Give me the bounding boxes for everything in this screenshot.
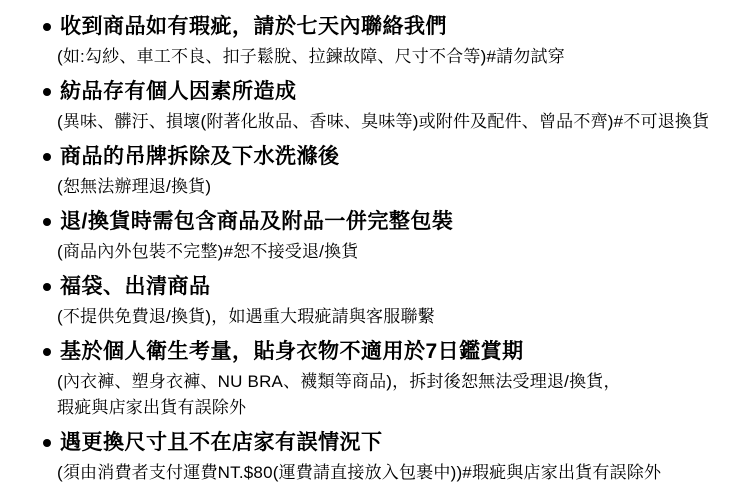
bullet-icon xyxy=(43,153,51,161)
policy-item-text: 商品的吊牌拆除及下水洗滌後 (恕無法辦理退/換貨) xyxy=(60,142,744,200)
policy-item-detail: 瑕疵與店家出貨有誤除外 xyxy=(57,395,744,421)
policy-item-text: 基於個人衛生考量，貼身衣物不適用於7日鑑賞期 (內衣褲、塑身衣褲、NU BRA、… xyxy=(60,337,744,421)
policy-item: 福袋、出清商品 (不提供免費退/換貨)，如遇重大瑕疵請與客服聯繫 xyxy=(42,272,744,330)
bullet-icon xyxy=(43,283,51,291)
policy-item-details: (不提供免費退/換貨)，如遇重大瑕疵請與客服聯繫 xyxy=(60,304,744,330)
policy-item-title: 基於個人衛生考量，貼身衣物不適用於7日鑑賞期 xyxy=(60,337,744,367)
policy-item-detail: (恕無法辦理退/換貨) xyxy=(57,174,744,200)
bullet-icon xyxy=(43,348,51,356)
policy-item-title: 遇更換尺寸且不在店家有誤情況下 xyxy=(60,428,744,458)
bullet-icon xyxy=(43,218,51,226)
policy-item-text: 福袋、出清商品 (不提供免費退/換貨)，如遇重大瑕疵請與客服聯繫 xyxy=(60,272,744,330)
policy-item-title: 福袋、出清商品 xyxy=(60,272,744,302)
policy-item-title: 紡品存有個人因素所造成 xyxy=(60,77,744,107)
policy-item-title: 退/換貨時需包含商品及附品一併完整包裝 xyxy=(60,207,744,237)
policy-item: 遇更換尺寸且不在店家有誤情況下 (須由消費者支付運費NT.$80(運費請直接放入… xyxy=(42,428,744,486)
policy-item-detail: (內衣褲、塑身衣褲、NU BRA、襪類等商品)，拆封後恕無法受理退/換貨， xyxy=(57,369,744,395)
policy-item-title: 收到商品如有瑕疵，請於七天內聯絡我們 xyxy=(60,12,744,42)
policy-item-details: (內衣褲、塑身衣褲、NU BRA、襪類等商品)，拆封後恕無法受理退/換貨，瑕疵與… xyxy=(60,369,744,421)
policy-item: 退/換貨時需包含商品及附品一併完整包裝 (商品內外包裝不完整)#恕不接受退/換貨 xyxy=(42,207,744,265)
policy-item-detail: (不提供免費退/換貨)，如遇重大瑕疵請與客服聯繫 xyxy=(57,304,744,330)
policy-item: 基於個人衛生考量，貼身衣物不適用於7日鑑賞期 (內衣褲、塑身衣褲、NU BRA、… xyxy=(42,337,744,421)
policy-item: 商品的吊牌拆除及下水洗滌後 (恕無法辦理退/換貨) xyxy=(42,142,744,200)
policy-item-detail: (須由消費者支付運費NT.$80(運費請直接放入包裹中))#瑕疵與店家出貨有誤除… xyxy=(57,460,744,486)
policy-item-text: 退/換貨時需包含商品及附品一併完整包裝 (商品內外包裝不完整)#恕不接受退/換貨 xyxy=(60,207,744,265)
policy-item-title: 商品的吊牌拆除及下水洗滌後 xyxy=(60,142,744,172)
bullet-icon xyxy=(43,439,51,447)
policy-list: 收到商品如有瑕疵，請於七天內聯絡我們 (如:勾紗、車工不良、扣子鬆脫、拉鍊故障、… xyxy=(0,0,750,486)
policy-item: 紡品存有個人因素所造成 (異味、髒汙、損壞(附著化妝品、香味、臭味等)或附件及配… xyxy=(42,77,744,135)
policy-item-detail: (如:勾紗、車工不良、扣子鬆脫、拉鍊故障、尺寸不合等)#請勿試穿 xyxy=(57,44,744,70)
policy-item-details: (如:勾紗、車工不良、扣子鬆脫、拉鍊故障、尺寸不合等)#請勿試穿 xyxy=(60,44,744,70)
policy-item-text: 遇更換尺寸且不在店家有誤情況下 (須由消費者支付運費NT.$80(運費請直接放入… xyxy=(60,428,744,486)
policy-item-text: 紡品存有個人因素所造成 (異味、髒汙、損壞(附著化妝品、香味、臭味等)或附件及配… xyxy=(60,77,744,135)
policy-item-detail: (異味、髒汙、損壞(附著化妝品、香味、臭味等)或附件及配件、曾品不齊)#不可退換… xyxy=(57,109,744,135)
policy-item-details: (異味、髒汙、損壞(附著化妝品、香味、臭味等)或附件及配件、曾品不齊)#不可退換… xyxy=(60,109,744,135)
policy-item-text: 收到商品如有瑕疵，請於七天內聯絡我們 (如:勾紗、車工不良、扣子鬆脫、拉鍊故障、… xyxy=(60,12,744,70)
policy-item-details: (須由消費者支付運費NT.$80(運費請直接放入包裹中))#瑕疵與店家出貨有誤除… xyxy=(60,460,744,486)
bullet-icon xyxy=(43,23,51,31)
policy-item-details: (商品內外包裝不完整)#恕不接受退/換貨 xyxy=(60,239,744,265)
policy-item-detail: (商品內外包裝不完整)#恕不接受退/換貨 xyxy=(57,239,744,265)
bullet-icon xyxy=(43,88,51,96)
policy-item: 收到商品如有瑕疵，請於七天內聯絡我們 (如:勾紗、車工不良、扣子鬆脫、拉鍊故障、… xyxy=(42,12,744,70)
policy-item-details: (恕無法辦理退/換貨) xyxy=(60,174,744,200)
